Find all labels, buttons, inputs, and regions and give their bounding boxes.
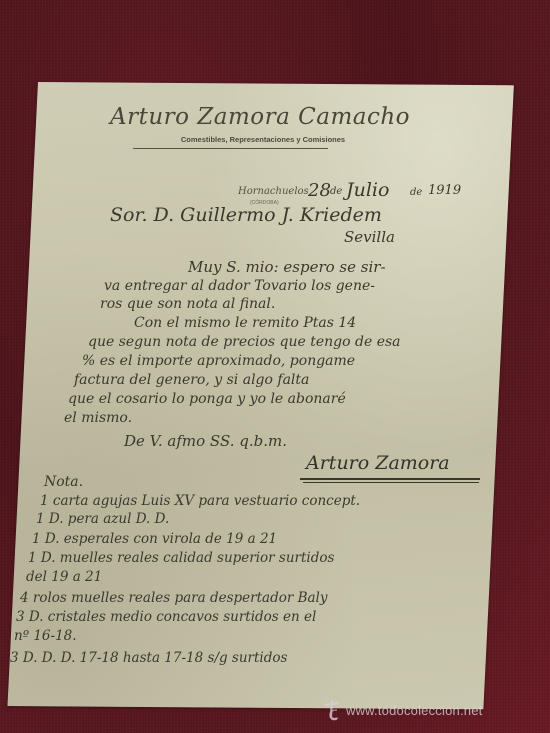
todocoleccion-logo-icon [322, 698, 342, 722]
nota-heading: Nota. [44, 474, 83, 490]
body-line: ros que son nota al final. [100, 296, 275, 312]
nota-line: 3 D. cristales medio concavos surtidos e… [16, 609, 316, 625]
nota-line: nº 16-18. [14, 628, 77, 644]
dateline-year: 1919 [428, 183, 461, 198]
signature: Arturo Zamora [306, 452, 450, 474]
signature-underline [300, 478, 480, 480]
closing: De V. afmo SS. q.b.m. [124, 432, 287, 450]
body-line: que el cosario lo ponga y yo le abonaré [68, 391, 346, 407]
watermark: www.todocoleccion.net [322, 698, 482, 722]
body-line: que segun nota de precios que tengo de e… [88, 334, 401, 350]
letter-content: Arturo Zamora Camacho Comestibles, Repre… [38, 82, 518, 706]
nota-line: del 19 a 21 [26, 569, 102, 585]
dateline-month: Julio [346, 179, 389, 201]
body-line: % es el importe aproximado, pongame [82, 353, 355, 369]
body-line: va entregar al dador Tovario los gene- [104, 278, 375, 294]
nota-line: 1 D. pera azul D. D. [36, 511, 169, 527]
nota-line: 4 rolos muelles reales para despertador … [20, 590, 328, 606]
signature-underline-2 [303, 482, 479, 483]
dateline-place: Hornachuelos [238, 186, 309, 197]
body-line: Con el mismo le remito Ptas 14 [134, 315, 356, 331]
body-line: factura del genero, y si algo falta [74, 372, 309, 388]
nota-line: 1 D. muelles reales calidad superior sur… [28, 550, 334, 566]
recipient-city: Sevilla [344, 228, 395, 246]
nota-line: 3 D. D. D. 17-18 hasta 17-18 s/g surtido… [10, 650, 287, 666]
dateline-de: de [330, 186, 342, 197]
dateline-de-2: de [410, 187, 422, 198]
dateline-day: 28 [308, 180, 331, 201]
salutation: Muy S. mio: espero se sir- [188, 258, 386, 276]
letterhead-name: Arturo Zamora Camacho [100, 104, 420, 130]
body-line: el mismo. [64, 410, 132, 426]
nota-line: 1 carta agujas Luis XV para vestuario co… [40, 493, 360, 509]
nota-line: 1 D. esperales con virola de 19 a 21 [32, 531, 277, 547]
recipient-name: Sor. D. Guillermo J. Kriedem [110, 204, 382, 226]
watermark-text: www.todocoleccion.net [346, 703, 482, 718]
letterhead-rule [133, 148, 328, 149]
letterhead-subtitle: Comestibles, Representaciones y Comision… [118, 135, 408, 144]
